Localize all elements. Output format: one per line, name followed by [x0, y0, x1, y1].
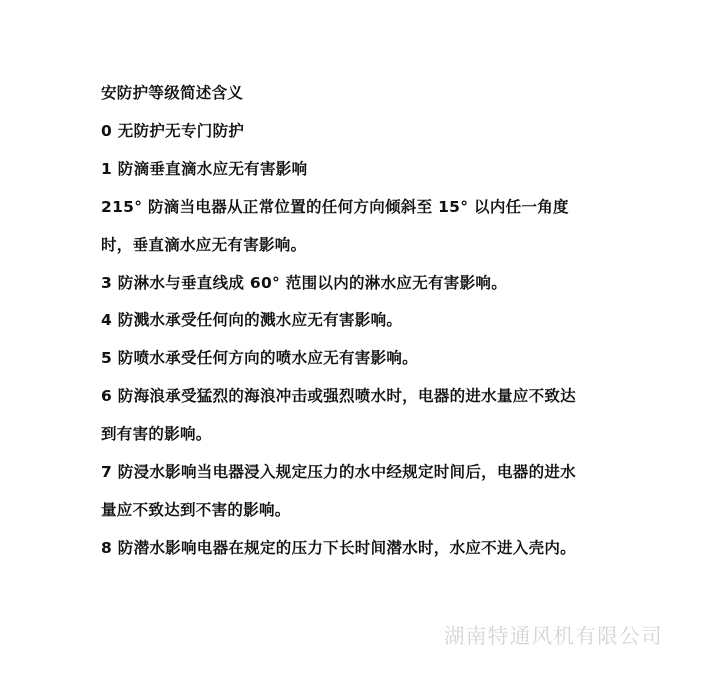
- ip-line-6b: 到有害的影响。: [101, 416, 611, 454]
- ip-line-2b: 时，垂直滴水应无有害影响。: [101, 227, 611, 265]
- ip-line-6a: 6 防海浪承受猛烈的海浪冲击或强烈喷水时，电器的进水量应不致达: [101, 378, 611, 416]
- ip-line-8: 8 防潜水影响电器在规定的压力下长时间潜水时，水应不进入壳内。: [101, 530, 611, 568]
- ip-line-7b: 量应不致达到不害的影响。: [101, 492, 611, 530]
- ip-line-5: 5 防喷水承受任何方向的喷水应无有害影响。: [101, 340, 611, 378]
- company-watermark: 湖南特通风机有限公司: [444, 619, 663, 649]
- ip-line-3: 3 防淋水与垂直线成 60° 范围以内的淋水应无有害影响。: [101, 265, 611, 303]
- ip-line-4: 4 防溅水承受任何向的溅水应无有害影响。: [101, 302, 611, 340]
- ip-line-7a: 7 防浸水影响当电器浸入规定压力的水中经规定时间后，电器的进水: [101, 454, 611, 492]
- document-body: 安防护等级简述含义 0 无防护无专门防护 1 防滴垂直滴水应无有害影响 215°…: [101, 75, 611, 568]
- ip-line-2a: 215° 防滴当电器从正常位置的任何方向倾斜至 15° 以内任一角度: [101, 189, 611, 227]
- ip-line-1: 1 防滴垂直滴水应无有害影响: [101, 151, 611, 189]
- document-title: 安防护等级简述含义: [101, 75, 611, 113]
- ip-line-0: 0 无防护无专门防护: [101, 113, 611, 151]
